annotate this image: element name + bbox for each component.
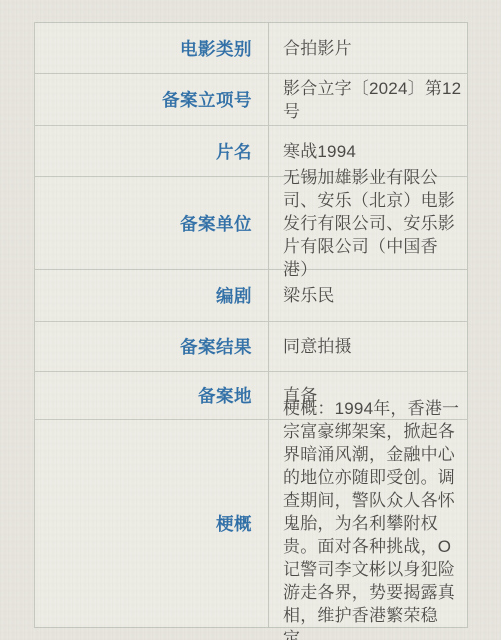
field-label: 片名 — [35, 126, 269, 176]
table-row: 备案结果 同意拍摄 — [35, 322, 467, 372]
field-value: 梗概：1994年，香港一宗富豪绑架案，掀起各界暗涌风潮，金融中心的地位亦随即受创… — [269, 420, 467, 627]
field-label: 梗概 — [35, 420, 269, 627]
field-label: 备案地 — [35, 372, 269, 419]
table-row: 电影类别 合拍影片 — [35, 23, 467, 74]
field-label: 编剧 — [35, 270, 269, 321]
table-row: 梗概 梗概：1994年，香港一宗富豪绑架案，掀起各界暗涌风潮，金融中心的地位亦随… — [35, 420, 467, 627]
field-value: 无锡加雄影业有限公司、安乐（北京）电影发行有限公司、安乐影片有限公司（中国香港） — [269, 177, 467, 269]
field-value: 合拍影片 — [269, 23, 467, 73]
table-row: 备案立项号 影合立字〔2024〕第12号 — [35, 74, 467, 126]
film-registration-page: 电影类别 合拍影片 备案立项号 影合立字〔2024〕第12号 片名 寒战1994… — [0, 0, 501, 640]
field-value: 影合立字〔2024〕第12号 — [269, 74, 467, 125]
film-registration-table: 电影类别 合拍影片 备案立项号 影合立字〔2024〕第12号 片名 寒战1994… — [34, 22, 468, 628]
field-label: 备案立项号 — [35, 74, 269, 125]
field-value: 同意拍摄 — [269, 322, 467, 371]
field-label: 备案单位 — [35, 177, 269, 269]
table-row: 编剧 梁乐民 — [35, 270, 467, 322]
table-row: 备案单位 无锡加雄影业有限公司、安乐（北京）电影发行有限公司、安乐影片有限公司（… — [35, 177, 467, 270]
field-label: 备案结果 — [35, 322, 269, 371]
field-label: 电影类别 — [35, 23, 269, 73]
field-value: 梁乐民 — [269, 270, 467, 321]
